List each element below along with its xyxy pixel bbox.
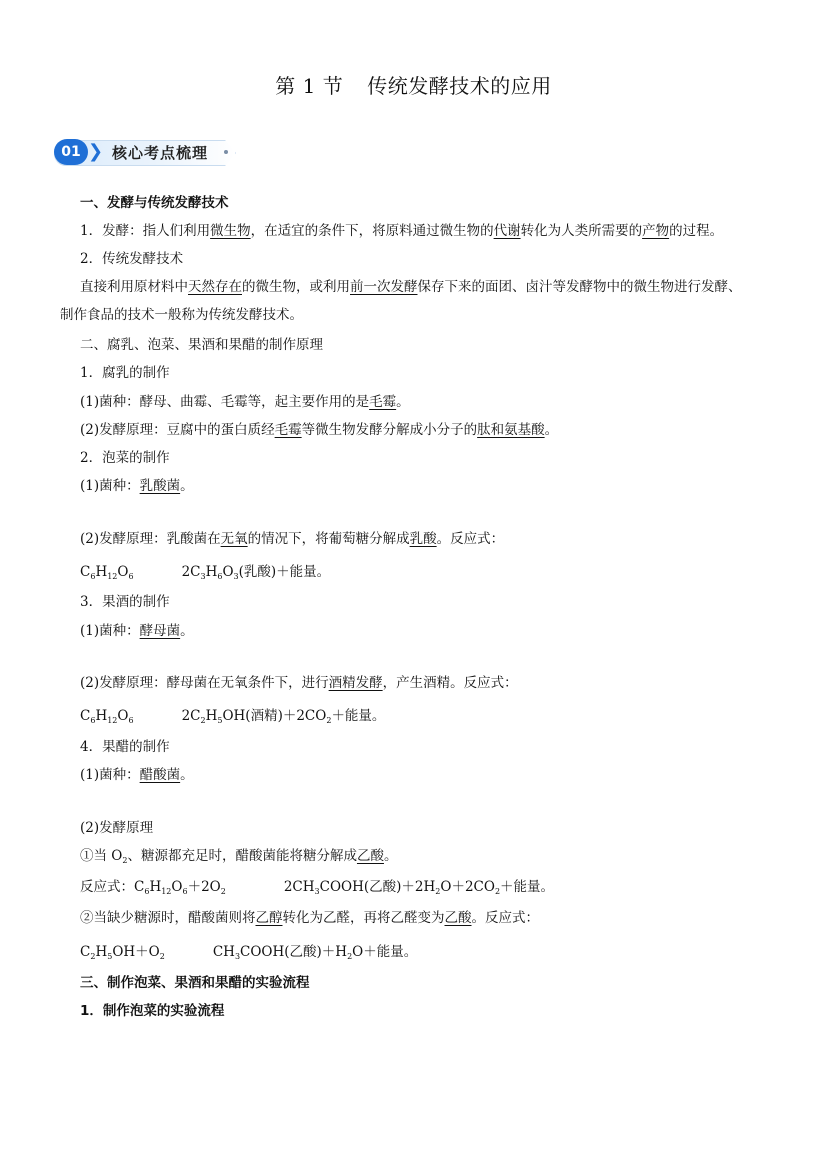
page-title: 第 1 节传统发酵技术的应用 — [0, 70, 827, 99]
chevron-right-icon: ❯ — [88, 140, 103, 164]
subheading-guocu: 4．果醋的制作 — [80, 738, 170, 756]
guocu-case1: ①当 O2、糖源都充足时，醋酸菌能将糖分解成乙酸。 — [80, 847, 397, 865]
guocu-principle-heading: (2)发酵原理 — [80, 819, 153, 837]
subheading-traditional-fermentation: 2．传统发酵技术 — [80, 250, 183, 268]
section-number: 第 1 节 — [275, 74, 343, 98]
guocu-case2: ②当缺少糖源时，醋酸菌则将乙醇转化为乙醛，再将乙醛变为乙酸。反应式： — [80, 909, 539, 927]
furu-strain: (1)菌种：酵母、曲霉、毛霉等，起主要作用的是毛霉。 — [80, 393, 410, 411]
paocai-strain: (1)菌种：乳酸菌。 — [80, 477, 194, 495]
paocai-principle: (2)发酵原理：乳酸菌在无氧的情况下，将葡萄糖分解成乳酸。反应式： — [80, 530, 504, 548]
guocu-equation1: 反应式：C6H12O6＋2O22CH3COOH(乙酸)＋2H2O＋2CO2＋能量… — [80, 878, 554, 896]
section-banner: 01 ❯ 核心考点梳理 — [54, 137, 236, 167]
paragraph-traditional-line1: 直接利用原材料中天然存在的微生物，或利用前一次发酵保存下来的面团、卤汁等发酵物中… — [80, 278, 742, 296]
banner-number-badge: 01 — [54, 139, 88, 165]
guojiu-principle: (2)发酵原理：酵母菌在无氧条件下，进行酒精发酵，产生酒精。反应式： — [80, 674, 518, 692]
paragraph-fermentation-definition: 1．发酵：指人们利用微生物，在适宜的条件下，将原料通过微生物的代谢转化为人类所需… — [80, 222, 723, 240]
guojiu-equation: C6H12O62C2H5OH(酒精)＋2CO2＋能量。 — [80, 707, 385, 725]
section-heading-2: 二、腐乳、泡菜、果酒和果醋的制作原理 — [80, 336, 323, 354]
paocai-equation: C6H12O62C3H6O3(乳酸)＋能量。 — [80, 563, 330, 581]
subheading-paocai-flow: 1．制作泡菜的实验流程 — [80, 1002, 224, 1020]
subheading-guojiu: 3．果酒的制作 — [80, 593, 170, 611]
section-title: 传统发酵技术的应用 — [367, 74, 552, 98]
section-heading-1: 一、发酵与传统发酵技术 — [80, 194, 229, 212]
guojiu-strain: (1)菌种：酵母菌。 — [80, 622, 194, 640]
subheading-furu: 1．腐乳的制作 — [80, 364, 170, 382]
banner-label: 核心考点梳理 — [112, 141, 208, 165]
paragraph-traditional-line2: 制作食品的技术一般称为传统发酵技术。 — [60, 306, 303, 324]
section-heading-3: 三、制作泡菜、果酒和果醋的实验流程 — [80, 974, 310, 992]
subheading-paocai: 2．泡菜的制作 — [80, 449, 170, 467]
guocu-strain: (1)菌种：醋酸菌。 — [80, 766, 194, 784]
furu-principle: (2)发酵原理：豆腐中的蛋白质经毛霉等微生物发酵分解成小分子的肽和氨基酸。 — [80, 421, 558, 439]
dot-icon — [224, 150, 228, 154]
guocu-equation2: C2H5OH＋O2CH3COOH(乙酸)＋H2O＋能量。 — [80, 943, 417, 961]
